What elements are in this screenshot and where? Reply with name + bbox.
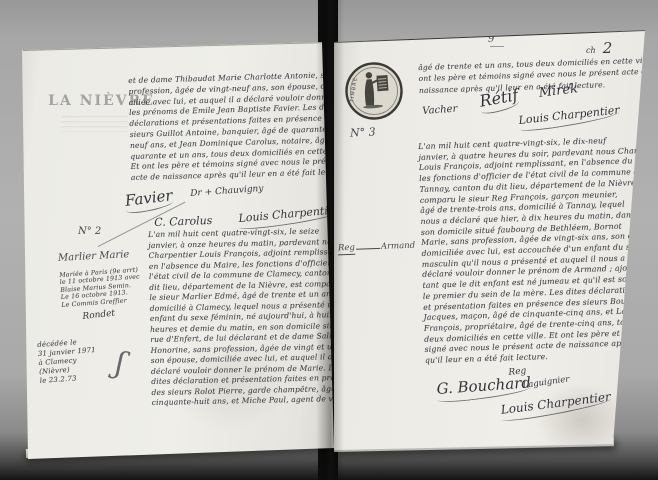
folio-mark-corner: ch 2	[586, 38, 612, 57]
marriage-margin-note: Mariée à Paris (9e arrt)le 11 octobre 19…	[59, 265, 161, 309]
folio-number: 2	[603, 39, 613, 57]
folio-mark-center: 9	[488, 34, 504, 47]
greffier-signature: Rondet	[82, 309, 116, 322]
act-text-block: L'an mil huit cent quatre-vingt-six, le …	[418, 135, 658, 367]
folio-number: 9	[488, 34, 494, 45]
timbre-stamp: TIMBRE	[341, 58, 407, 124]
signature: Mirek	[538, 81, 579, 101]
signature: Louis Charpentier	[238, 203, 340, 229]
act-number: N° 3	[350, 125, 376, 139]
act-name-margin: Marlier Marie	[58, 249, 130, 264]
signature: Dr + Chauvigny	[190, 184, 264, 199]
signature: Louis Charpentier	[518, 103, 621, 131]
margin-surname: Reg	[338, 243, 355, 256]
signature: C. Carolus	[154, 214, 213, 229]
folio-paraph: ch	[586, 46, 596, 55]
signature: Vacher	[422, 104, 458, 117]
left-page: LA NIÈVRE et de dame Thibaudat Marie Cha…	[18, 40, 338, 462]
right-page: TIMBRE 9 ch 2 âgé de trente et un ans, t…	[332, 26, 658, 452]
margin-given-name: Armand	[381, 241, 416, 252]
bleedthrough-smudge	[62, 116, 128, 132]
margin-underline-gap	[356, 241, 380, 250]
act-text-block: et de dame Thibaudat Marie Charlotte Ant…	[128, 70, 331, 184]
act-text-block: âgé de trente et un ans, tous deux domic…	[418, 55, 649, 96]
register-scan: LA NIÈVRE et de dame Thibaudat Marie Cha…	[0, 0, 658, 480]
act-text-block: L'an mil huit cent quatre-vingt-six, le …	[148, 226, 342, 408]
act-name-margin: RegArmand	[338, 240, 415, 254]
act-number: N° 2	[78, 226, 101, 237]
folio-underline	[490, 46, 504, 47]
signature: G. Bouchard	[436, 373, 532, 402]
page-top-edge	[23, 42, 323, 51]
